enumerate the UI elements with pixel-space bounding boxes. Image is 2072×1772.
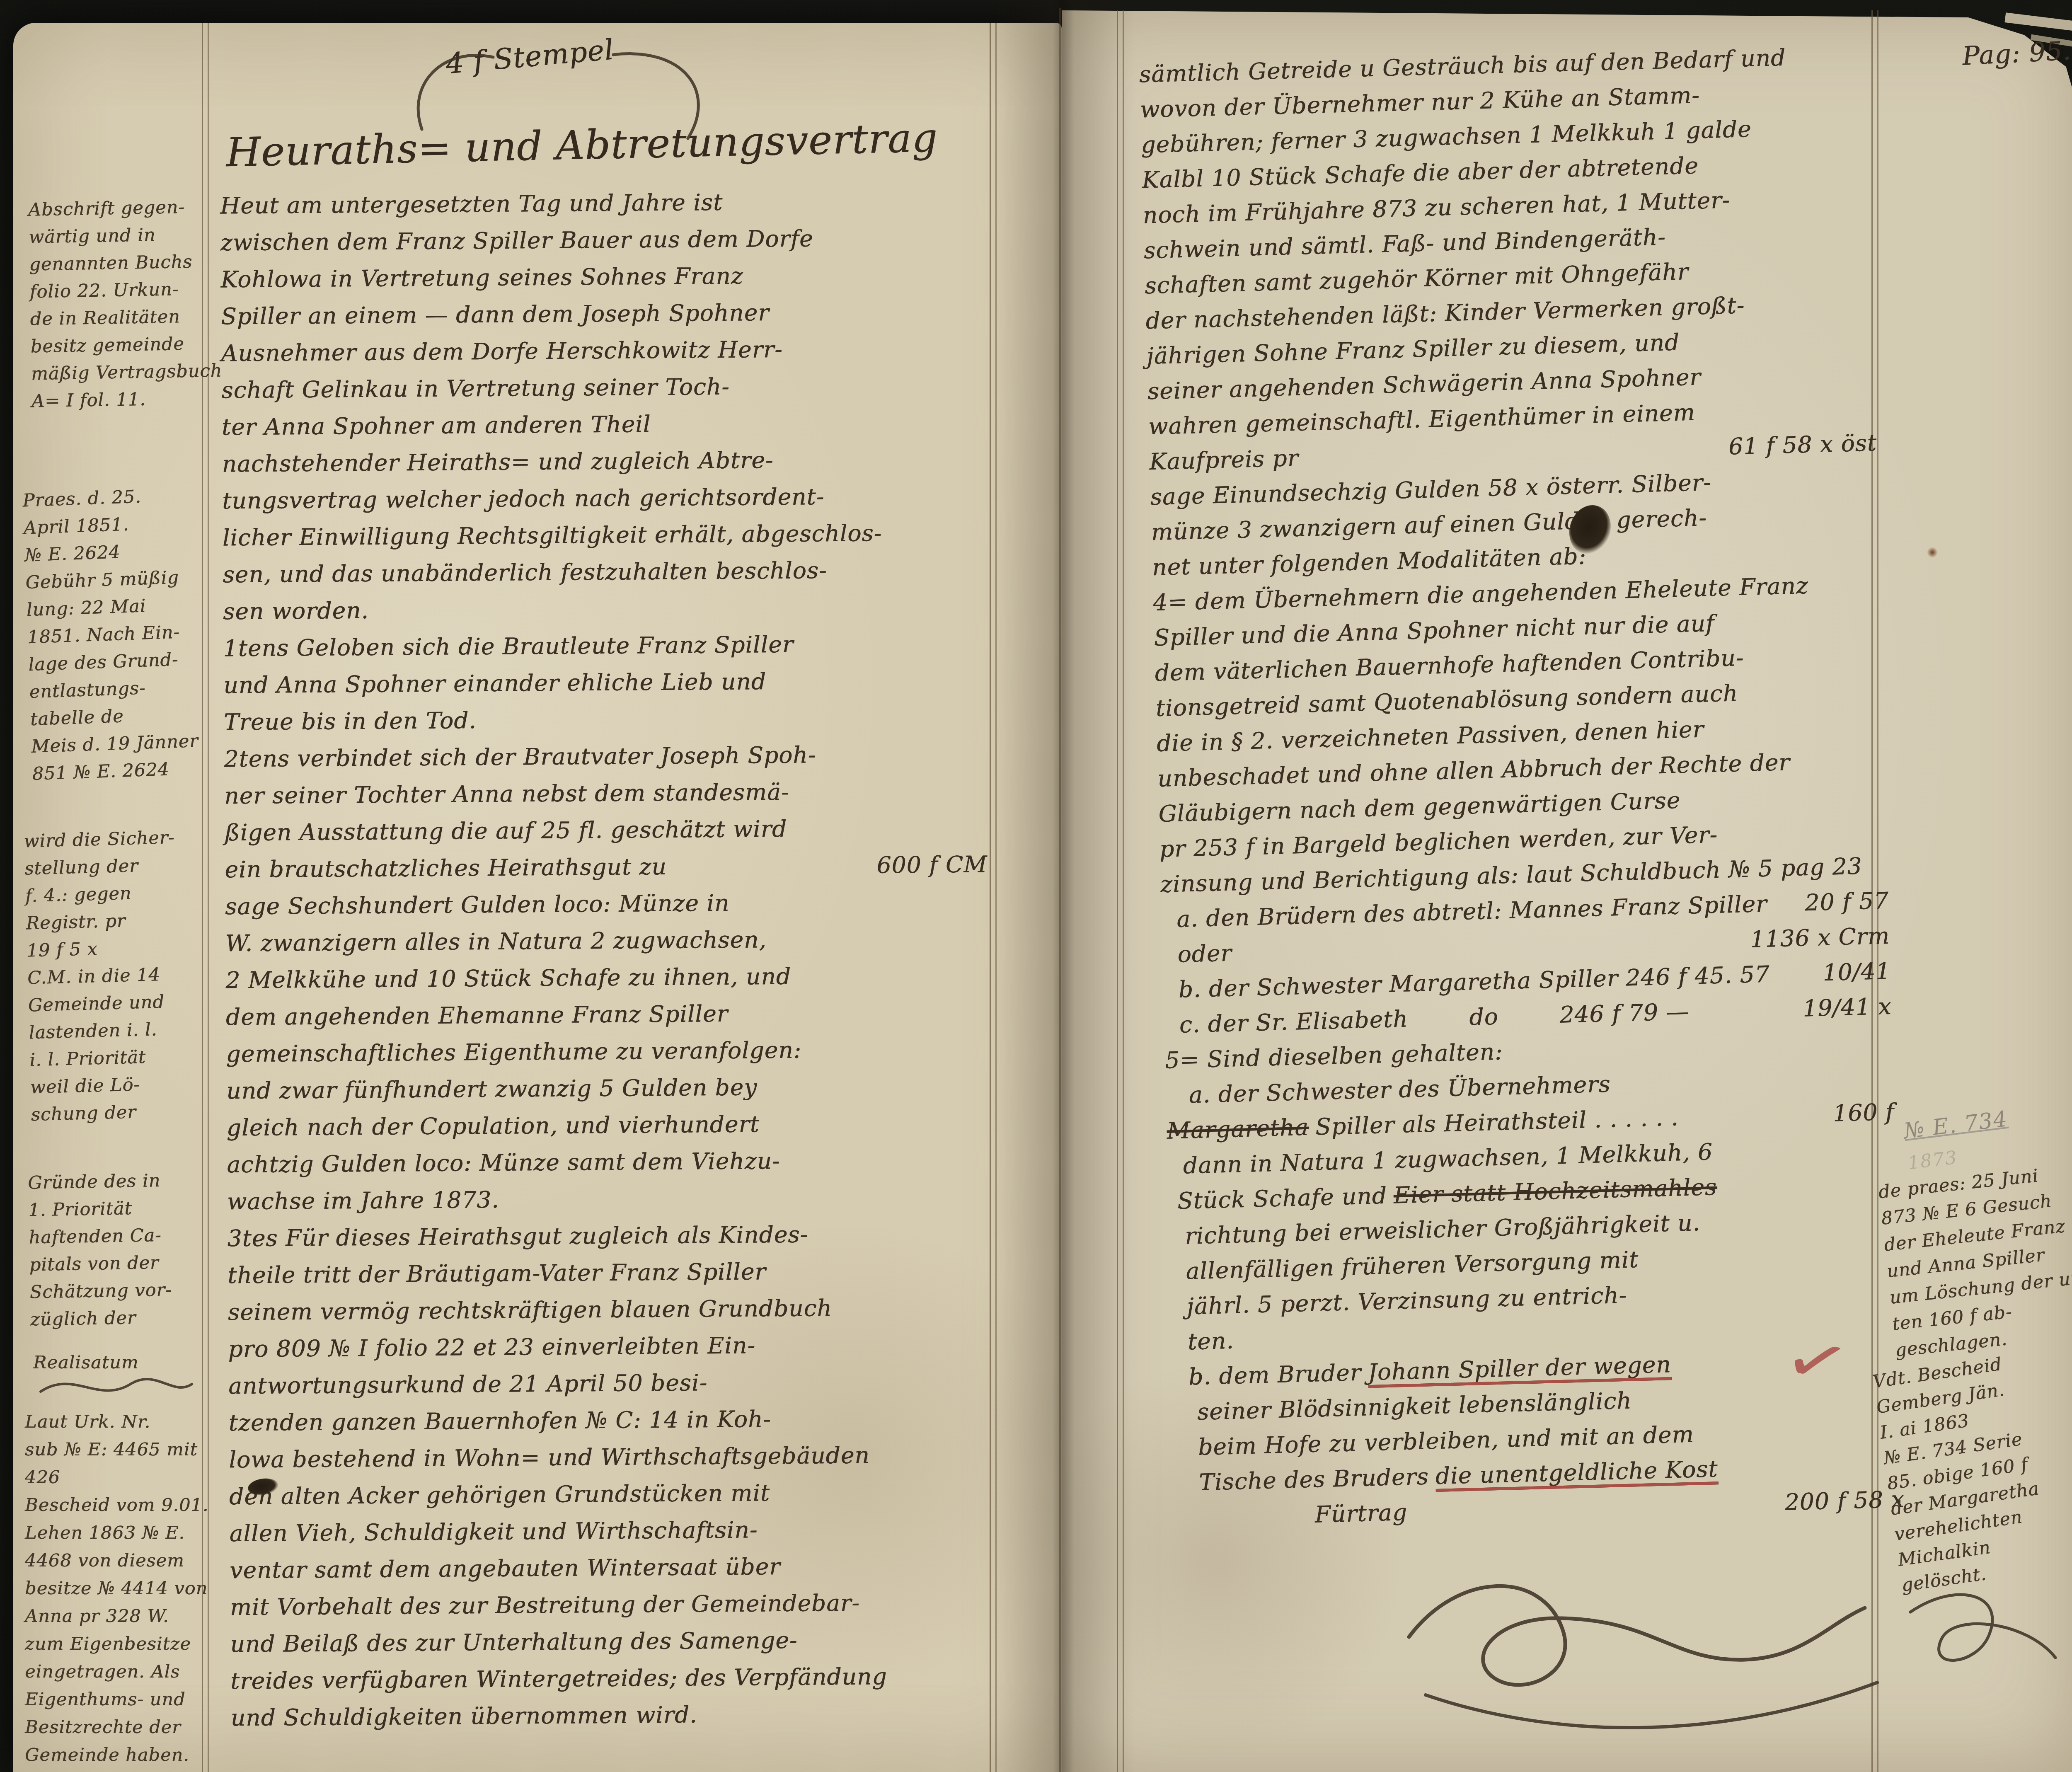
handwritten-line: den alten Acker gehörigen Grundstücken m… [223, 1478, 992, 1520]
margin-note-line: zum Eigenbesitze [25, 1630, 201, 1658]
margin-note-line: 1. Priorität [28, 1193, 200, 1224]
handwritten-line: lowa bestehend in Wohn= und Wirthschafts… [222, 1441, 992, 1483]
left-margin-note-block: wird die Sicher-stellung derf. 4.: gegen… [24, 823, 205, 1129]
margin-note-line: A= I fol. 11. [31, 385, 202, 415]
margin-note-line: Abschrift gegen- [28, 193, 199, 223]
margin-note-line: sub № E: 4465 mit [25, 1436, 201, 1464]
margin-note-line: Gemeinde und [28, 988, 202, 1019]
manuscript-scan: 4 f Stempel Heuraths= und Abtretungsvert… [0, 0, 2072, 1772]
margin-note-line: genannten Buchs [29, 248, 200, 278]
handwritten-line: ßigen Ausstattung die auf 25 fl. geschät… [218, 814, 988, 857]
margin-note-line: Besitzrechte der [25, 1714, 201, 1741]
handwritten-line: tungsvertrag welcher jedoch nach gericht… [215, 482, 985, 525]
left-margin-note-block: Praes. d. 25.April 1851.№ E. 2624Gebühr … [22, 481, 206, 788]
right-page-body-text: sämtlich Getreide u Gesträuch bis auf de… [1132, 42, 1905, 1540]
margin-signature-flourish [1902, 1587, 2068, 1703]
handwritten-line: gemeinschaftliches Eigenthume zu veranfo… [219, 1036, 989, 1078]
left-margin-note-block: Abschrift gegen-wärtig und ingenannten B… [28, 193, 202, 415]
left-margin-note-block: Laut Urk. Nr.sub № E: 4465 mit426Beschei… [25, 1408, 201, 1769]
handwritten-line: tzenden ganzen Bauernhofen № C: 14 in Ko… [222, 1404, 991, 1446]
margin-note-line: eingetragen. Als [25, 1658, 201, 1686]
handwritten-line: theile tritt der Bräutigam-Vater Franz S… [221, 1257, 990, 1299]
margin-note-line: 4468 von diesem [25, 1547, 201, 1575]
margin-note-line: weil die Lö- [30, 1069, 204, 1101]
handwritten-line: ventar samt dem angebauten Wintersaat üb… [223, 1552, 992, 1594]
margin-note-line: schung der [31, 1097, 205, 1128]
handwritten-line: Treue bis in den Tod. [217, 704, 987, 746]
margin-note-line: Anna pr 328 W. [25, 1603, 201, 1630]
handwritten-line: 2tens verbindet sich der Brautvater Jose… [217, 741, 987, 783]
margin-note-line: 19 f 5 x [26, 933, 200, 965]
handwritten-line: mit Vorbehalt des zur Bestreitung der Ge… [223, 1588, 993, 1631]
handwritten-line: dem angehenden Ehemanne Franz Spiller [219, 999, 989, 1041]
handwritten-line: achtzig Gulden loco: Münze samt dem Vieh… [220, 1146, 990, 1189]
handwritten-line: allen Vieh, Schuldigkeit und Wirthschaft… [223, 1515, 992, 1557]
rust-spot [1927, 547, 1938, 558]
margin-note-line: folio 22. Urkun- [29, 275, 201, 305]
handwritten-line: seinem vermög rechtskräftigen blauen Gru… [221, 1294, 991, 1336]
handwritten-line: ner seiner Tochter Anna nebst dem stande… [218, 777, 987, 820]
handwritten-line: treides verfügbaren Wintergetreides; des… [224, 1662, 993, 1704]
handwritten-line: sage Sechshundert Gulden loco: Münze in [218, 888, 988, 930]
handwritten-line: Spiller an einem — dann dem Joseph Spohn… [214, 298, 984, 340]
handwritten-line: zwischen dem Franz Spiller Bauer aus dem… [214, 224, 983, 266]
handwritten-line: W. zwanzigern alles in Natura 2 zugwachs… [218, 925, 988, 967]
handwritten-line: Kohlowa in Vertretung seines Sohnes Fran… [214, 261, 983, 303]
handwritten-line: sen, und das unabänderlich festzuhalten … [216, 556, 985, 598]
margin-note-line: Gründe des in [28, 1166, 200, 1196]
margin-note-line: de in Realitäten [30, 303, 201, 333]
handwritten-line: und Beilaß des zur Unterhaltung des Same… [223, 1625, 993, 1668]
margin-note-line: Gemeinde haben. [25, 1741, 201, 1769]
handwritten-line: sen worden. [216, 593, 986, 635]
handwritten-line: ein brautschatzliches Heirathsgut zu600 … [218, 851, 988, 893]
margin-note-line: Laut Urk. Nr. [25, 1408, 201, 1436]
handwritten-line: 3tes Für dieses Heirathsgut zugleich als… [220, 1220, 990, 1262]
handwritten-line: wachse im Jahre 1873. [220, 1183, 990, 1225]
margin-note-line: Lehen 1863 № E. [25, 1519, 201, 1547]
handwritten-line: pro 809 № I folio 22 et 23 einverleibten… [221, 1330, 991, 1373]
gutter-crease [1059, 8, 1061, 1772]
handwritten-line: Heut am untergesetzten Tag und Jahre ist [213, 187, 983, 230]
handwritten-line: licher Einwilligung Rechtsgiltigkeit erh… [216, 519, 985, 562]
left-edge-rule-right-page [1117, 10, 1124, 1772]
margin-signature-scribble [36, 1367, 198, 1412]
margin-note-line: Bescheid vom 9.01. [25, 1491, 201, 1519]
handwritten-line: schaft Gelinkau in Vertretung seiner Toc… [215, 372, 984, 414]
margin-note-line: stellung der [24, 851, 198, 883]
margin-note-line: besitz gemeinde [30, 330, 201, 360]
margin-note-line: C.M. in die 14 [27, 960, 201, 992]
margin-note-line: wird die Sicher- [24, 823, 198, 855]
page-number: Pag: 95. [1961, 35, 2072, 71]
margin-note-line: besitze № 4414 von [25, 1575, 201, 1603]
left-page-body-text: Heut am untergesetzten Tag und Jahre ist… [213, 187, 993, 1742]
margin-note-line: lastenden i. l. [29, 1014, 203, 1046]
margin-note-line: Eigenthums- und [25, 1686, 201, 1714]
margin-note-line: 426 [25, 1464, 201, 1491]
margin-note-line: Registr. pr [26, 905, 200, 937]
margin-note-line: züglich der [30, 1303, 202, 1333]
margin-note-line: Schätzung vor- [29, 1276, 201, 1306]
handwritten-line: nachstehender Heiraths= und zugleich Abt… [215, 445, 985, 488]
handwritten-line: und Anna Spohner einander ehliche Lieb u… [217, 667, 986, 709]
left-margin-note-block: Gründe des in1. Prioritäthaftenden Ca-pi… [28, 1166, 202, 1333]
handwritten-line: und zwar fünfhundert zwanzig 5 Gulden be… [220, 1072, 989, 1115]
under-page-edge [2004, 12, 2072, 34]
margin-note-line: wärtig und in [29, 220, 200, 251]
handwritten-line: und Schuldigkeiten übernommen wird. [224, 1699, 993, 1741]
margin-note-line: haftenden Ca- [29, 1221, 201, 1251]
margin-note-line: i. l. Priorität [29, 1042, 203, 1074]
margin-note-line: f. 4.: gegen [25, 878, 199, 910]
handwritten-line: gleich nach der Copulation, und vierhund… [220, 1109, 990, 1152]
closing-signature-flourish [1384, 1554, 1902, 1770]
margin-note-line: pitals von der [29, 1248, 201, 1278]
handwritten-line: ter Anna Spohner am anderen Theil [215, 409, 985, 451]
handwritten-line: 1tens Geloben sich die Brautleute Franz … [216, 630, 986, 672]
right-margin-note-block: de praes: 25 Juni873 № E 6 Gesuchder Ehe… [1877, 1161, 2072, 1364]
margin-note-line: mäßig Vertragsbuch [31, 357, 202, 387]
handwritten-line: Ausnehmer aus dem Dorfe Herschkowitz Her… [214, 335, 984, 377]
handwritten-line: antwortungsurkund de 21 April 50 besi- [222, 1367, 991, 1409]
handwritten-line: 2 Melkkühe und 10 Stück Schafe zu ihnen,… [219, 962, 988, 1004]
